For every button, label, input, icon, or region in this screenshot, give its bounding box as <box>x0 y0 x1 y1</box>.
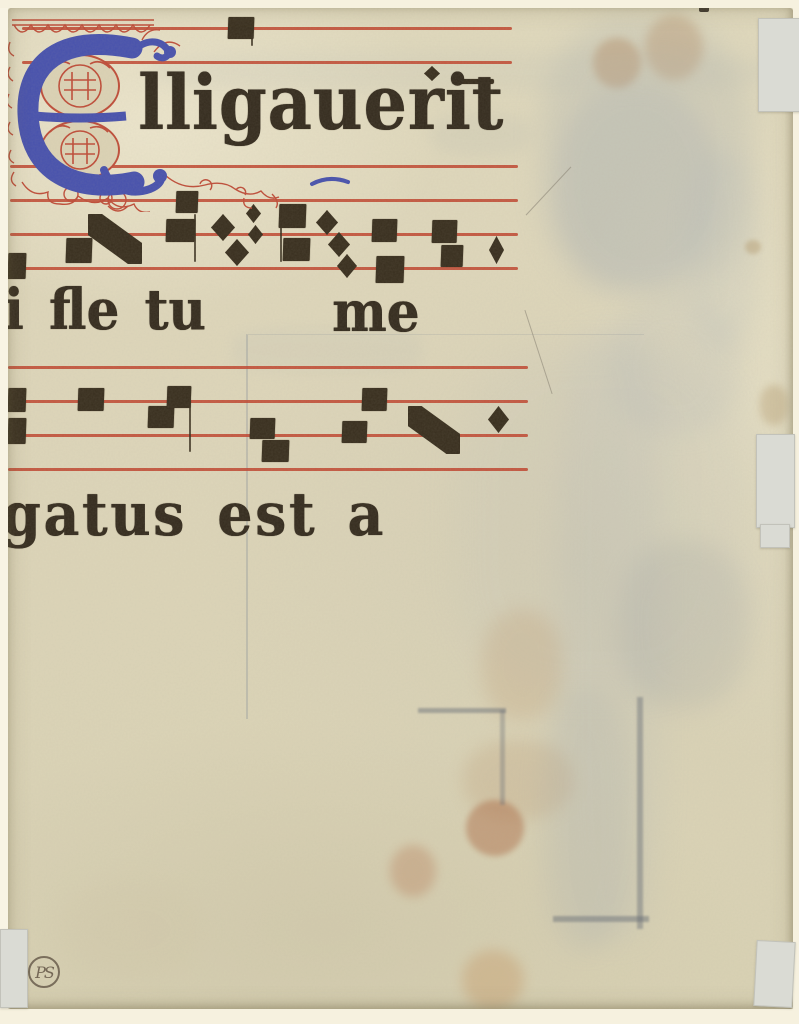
neume <box>342 421 368 443</box>
manuscript-scan: lligauerit i fle tu me gatus est a PS <box>0 0 799 1024</box>
mat-top <box>0 0 799 8</box>
mat-left <box>0 0 8 1024</box>
neume <box>8 388 27 412</box>
staff-line <box>10 267 518 270</box>
neume-stem <box>189 390 191 452</box>
staff-line <box>8 366 528 369</box>
lyric-line-3: gatus est a <box>2 482 386 548</box>
neume <box>167 386 192 408</box>
neume <box>432 220 458 243</box>
lyric-line-1: lligauerit <box>138 58 504 148</box>
ghost-frame-line <box>418 708 506 713</box>
neume-stem <box>194 214 196 262</box>
neume <box>372 219 398 242</box>
archival-tape <box>760 524 790 548</box>
neume <box>441 245 464 267</box>
neume <box>166 219 196 242</box>
neume <box>283 238 311 261</box>
archival-tape <box>758 18 799 112</box>
neume <box>8 418 27 444</box>
lyric-line-2-left: i fle tu <box>4 279 206 341</box>
neume <box>148 406 175 428</box>
collector-stamp: PS <box>28 956 60 988</box>
archival-tape <box>753 940 795 1008</box>
archival-tape <box>756 434 795 528</box>
ghost-frame-line <box>500 710 505 805</box>
archival-tape <box>0 929 28 1008</box>
stamp-monogram: PS <box>35 963 53 982</box>
neume <box>262 440 290 462</box>
neume <box>66 238 93 263</box>
neume <box>8 253 27 279</box>
mat-bottom <box>0 1009 799 1024</box>
neume-stem <box>280 226 282 262</box>
lyric-line-2-right: me <box>332 281 419 343</box>
ghost-frame-line <box>553 916 649 922</box>
neume <box>362 388 388 411</box>
neume <box>78 388 105 411</box>
staff-line <box>8 468 528 471</box>
neume <box>250 418 276 439</box>
ghost-frame-line <box>637 697 643 929</box>
